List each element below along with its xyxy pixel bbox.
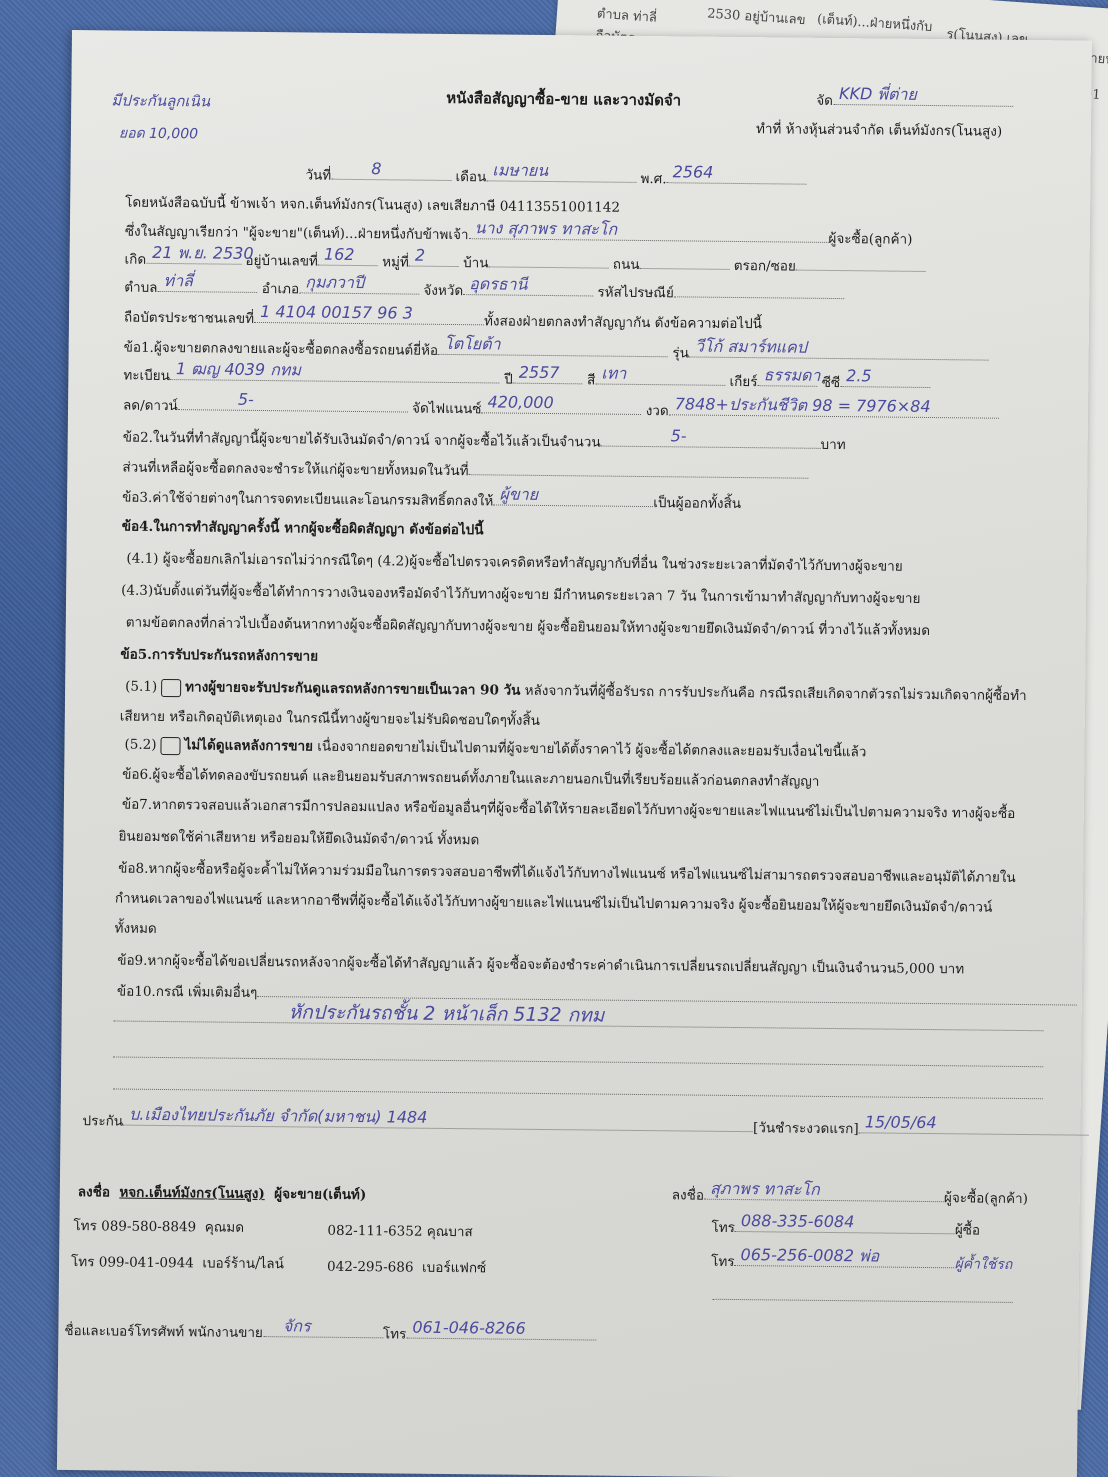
id-row: ถือบัตรประชาชนเลขที่1 4104 00157 96 3ทั้…	[124, 307, 762, 335]
down-label: ลด/ดาวน์	[123, 398, 178, 415]
bg-snippet: ตำบล ท่าลี่	[596, 3, 657, 28]
clause8c: ทั้งหมด	[114, 918, 156, 938]
district-value[interactable]: กุมภวาปี	[305, 272, 364, 293]
buyer-sign-label: ลงชื่อ	[672, 1187, 704, 1203]
cc-value[interactable]: 2.5	[846, 366, 872, 386]
village-label: บ้าน	[463, 255, 489, 271]
bg-snippet: (เต็นท์)...ฝ่ายหนึ่งกับ	[817, 8, 934, 37]
buyer-suffix: ผู้จะซื้อ(ลูกค้า)	[828, 231, 912, 248]
year-label: พ.ศ.	[640, 171, 666, 187]
clause7a: ข้อ7.หากตรวจสอบแล้วเอกสารมีการปลอมแปลง ห…	[122, 795, 1016, 824]
day-label: วันที่	[305, 167, 331, 183]
no-warranty-checkbox[interactable]	[160, 736, 180, 754]
subdistrict-label: ตำบล	[124, 280, 157, 296]
insurance-label: ประกัน	[82, 1113, 123, 1129]
clause4-3b: ตามข้อตกลงที่กล่าวไปเบื้องต้นหากทางผู้จะ…	[126, 613, 930, 641]
birth-value[interactable]: 21 พ.ย. 2530	[152, 243, 254, 264]
phone-note: คุณมด	[205, 1219, 244, 1235]
arranged-by-field: จัดKKD พี่ต่าย	[816, 90, 1013, 113]
buyer-signature[interactable]: สุภาพร ทาสะโก	[710, 1179, 820, 1200]
phone-note: เบอร์แฟกซ์	[422, 1260, 486, 1277]
year-value[interactable]: 2564	[673, 162, 714, 182]
month-label: เดือน	[455, 169, 486, 185]
salesperson-phone-label: โทร	[383, 1326, 407, 1342]
moo-value[interactable]: 2	[415, 246, 425, 266]
buyer-phone[interactable]: 088-335-6084	[741, 1211, 855, 1232]
guarantor-phone-label: โทร	[711, 1254, 735, 1270]
seller-phone-2: 082-111-6352 คุณบาส	[327, 1221, 472, 1243]
seller-sign-row: ลงชื่อ หจก.เต็นท์มังกร(โนนสูง) ผู้จะขาย(…	[78, 1182, 367, 1205]
blank-line	[113, 1088, 1043, 1099]
clause10-label: ข้อ10.กรณี เพิ่มเติมอื่นๆ	[117, 984, 257, 1001]
reg-label: ทะเบียน	[123, 368, 170, 384]
color-value[interactable]: เทา	[601, 364, 626, 384]
clause3-suffix: เป็นผู้ออกทั้งสิ้น	[653, 495, 741, 512]
blank-line	[113, 1056, 1043, 1067]
finance-label: จัดไฟแนนซ์	[412, 401, 482, 418]
made-at: ทำที่ ห้างหุ้นส่วนจำกัด เต็นท์มังกร(โนนส…	[756, 119, 1002, 142]
buyer-role: ผู้จะซื้อ(ลูกค้า)	[944, 1190, 1028, 1207]
buyer-name[interactable]: นาง สุภาพร ทาสะโก	[474, 218, 617, 239]
contract-document: มีประกันลูกเนิน ยอด 10,000 หนังสือสัญญาซ…	[57, 30, 1092, 1477]
seller-clause: ซึ่งในสัญญาเรียกว่า "ผู้จะขาย"(เต็นท์)..…	[125, 224, 469, 244]
clause2-label: ข้อ2.ในวันที่ทำสัญญานี้ผู้จะขายได้รับเงิ…	[123, 430, 601, 451]
down-value[interactable]: 5-	[238, 390, 254, 410]
clause8b: กำหนดเวลาของไฟแนนซ์ และหากอาชีพที่ผู้จะซ…	[115, 888, 993, 917]
margin-note-line2: ยอด 10,000	[119, 122, 198, 145]
phone-number: 082-111-6352	[327, 1223, 422, 1240]
document-title: หนังสือสัญญาซื้อ-ขาย และวางมัดจำ	[446, 88, 681, 110]
clause4-1: (4.1) ผู้จะซื้อยกเลิกไม่เอารถไม่ว่ากรณีใ…	[126, 549, 902, 577]
insurance-row: ประกันบ.เมืองไทยประกันภัย จำกัด(มหาชน) 1…	[82, 1110, 1088, 1142]
guarantor-role: ผู้ค้ำใช้รถ	[954, 1256, 1012, 1273]
alley-label: ตรอก/ซอย	[734, 258, 796, 275]
salesperson-label: ชื่อและเบอร์โทรศัพท์ พนักงานขาย	[64, 1323, 263, 1341]
color-label: สี	[587, 372, 595, 388]
postcode-label: รหัสไปรษณีย์	[597, 285, 674, 302]
subdistrict-value[interactable]: ท่าลี่	[163, 271, 193, 291]
baht-label: บาท	[821, 437, 846, 453]
month-value[interactable]: เมษายน	[492, 160, 548, 181]
vehicle-year-value[interactable]: 2557	[519, 363, 560, 383]
phone-note: เบอร์ร้าน/ไลน์	[202, 1255, 284, 1272]
transfer-payer-value[interactable]: ผู้ขาย	[499, 485, 538, 505]
house-no-label: อยู่บ้านเลขที่	[245, 253, 318, 270]
clause8a: ข้อ8.หากผู้จะซื้อหรือผู้จะค้ำไม่ให้ความร…	[118, 859, 1016, 888]
finance-value[interactable]: 420,000	[487, 392, 553, 413]
model-label: รุ่น	[672, 345, 689, 361]
clause3-row: ข้อ3.ค่าใช้จ่ายต่างๆในการจดทะเบียนและโอน…	[122, 487, 741, 514]
buyer-phone-row: โทร088-335-6084ผู้ซื้อ	[711, 1217, 980, 1241]
clause2-rest-label: ส่วนที่เหลือผู้จะซื้อตกลงจะชำระให้แก่ผู้…	[122, 460, 468, 480]
clause9: ข้อ9.หากผู้จะซื้อได้ขอเปลี่ยนรถหลังจากผู…	[117, 951, 964, 980]
clause5-1: (5.1)ทางผู้ขายจะรับประกันดูแลรถหลังการขา…	[125, 677, 1027, 706]
blank-line	[713, 1299, 1013, 1303]
road-label: ถนน	[613, 257, 640, 273]
deposit-value[interactable]: 5-	[671, 426, 687, 446]
agree-text: ทั้งสองฝ่ายตกลงทำสัญญากัน ดังข้อความต่อไ…	[484, 313, 762, 332]
clause4-title: ข้อ4.ในการทำสัญญาครั้งนี้ หากผู้จะซื้อผิ…	[122, 517, 484, 541]
margin-note-line1: มีประกันลูกเนิน	[111, 88, 210, 113]
date-row: วันที่8 เดือนเมษายน พ.ศ.2564	[305, 164, 806, 190]
arranged-by-value[interactable]: KKD พี่ต่าย	[839, 84, 917, 105]
district-label: อำเภอ	[262, 281, 299, 297]
day-value[interactable]: 8	[371, 159, 381, 179]
moo-label: หมู่ที่	[382, 254, 409, 270]
buyer-phone-label: โทร	[711, 1220, 735, 1236]
clause5-2-rest: เนื่องจากยอดขายไม่เป็นไปตามที่ผู้จะขายได…	[313, 739, 867, 761]
seller-phone-1: โทร 089-580-8849 คุณมด	[73, 1216, 244, 1238]
province-value[interactable]: อุดรธานี	[469, 274, 527, 295]
house-no-value[interactable]: 162	[324, 245, 355, 265]
warranty-90-days-checkbox[interactable]	[161, 678, 181, 696]
gear-label: เกียร์	[729, 374, 757, 390]
phone-prefix: โทร	[71, 1254, 95, 1270]
guarantor-phone-row: โทร065-256-0082 พ่อผู้ค้ำใช้รถ	[711, 1251, 1012, 1275]
clause5-2-bold: ไม่ได้ดูแลหลังการขาย	[184, 737, 313, 754]
clause5-title: ข้อ5.การรับประกันรถหลังการขาย	[120, 645, 318, 667]
clause6: ข้อ6.ผู้จะซื้อได้ทดลองขับรถยนต์ และยินยอ…	[122, 765, 819, 792]
clause10-value[interactable]: หักประกันรถชั้น 2 หน้าเล็ก 5132 กทม	[289, 1002, 605, 1025]
guarantor-phone[interactable]: 065-256-0082 พ่อ	[741, 1245, 880, 1266]
arranged-by-label: จัด	[816, 93, 833, 109]
seller-phone-3: โทร 099-041-0944 เบอร์ร้าน/ไลน์	[71, 1252, 284, 1274]
vehicle-year-label: ปี	[504, 372, 513, 388]
salesperson-phone[interactable]: 061-046-8266	[412, 1318, 526, 1339]
installment-value[interactable]: 7848+ประกันชีวิต 98 = 7976×84	[675, 394, 931, 417]
province-label: จังหวัด	[423, 283, 463, 299]
phone-note: คุณบาส	[427, 1224, 473, 1240]
phone-number: 042-295-686	[327, 1259, 414, 1276]
birth-label: เกิด	[125, 252, 147, 268]
buyer-sign-row: ลงชื่อสุภาพร ทาสะโกผู้จะซื้อ(ลูกค้า)	[672, 1184, 1028, 1209]
seller-phone-4: 042-295-686 เบอร์แฟกซ์	[327, 1257, 486, 1279]
intro-text: โดยหนังสือฉบับนี้ ข้าพเจ้า หจก.เต็นท์มัง…	[125, 193, 620, 218]
salesperson-row: ชื่อและเบอร์โทรศัพท์ พนักงานขายจักรโทร06…	[64, 1320, 596, 1347]
clause10-value-row: หักประกันรถชั้น 2 หน้าเล็ก 5132 กทม	[114, 1006, 1044, 1037]
district-row: ตำบลท่าลี่ อำเภอกุมภวาปี จังหวัดอุดรธานี…	[124, 277, 844, 306]
clause2-row: ข้อ2.ในวันที่ทำสัญญานี้ผู้จะขายได้รับเงิ…	[123, 427, 846, 456]
id-value[interactable]: 1 4104 00157 96 3	[260, 302, 413, 324]
address-row: เกิด21 พ.ย. 2530 อยู่บ้านเลขที่162 หมู่ท…	[124, 249, 925, 278]
seller-sign-label: ลงชื่อ	[78, 1184, 110, 1200]
phone-number: 099-041-0944	[99, 1254, 194, 1271]
seller-name: หจก.เต็นท์มังกร(โนนสูง)	[119, 1185, 265, 1203]
clause3-label: ข้อ3.ค่าใช้จ่ายต่างๆในการจดทะเบียนและโอน…	[122, 490, 493, 510]
clause1-label: ข้อ1.ผู้จะขายตกลงขายและผู้จะซื้อตกลงซื้อ…	[124, 340, 439, 359]
bg-snippet: 2530 อยู่บ้านเลข	[707, 2, 807, 30]
clause2-rest-row: ส่วนที่เหลือผู้จะซื้อตกลงจะชำระให้แก่ผู้…	[122, 457, 808, 485]
buyer-phone-role: ผู้ซื้อ	[955, 1222, 980, 1238]
vehicle-finance-row: ลด/ดาวน์5- จัดไฟแนนซ์420,000 งวด7848+ประ…	[123, 395, 999, 425]
installment-label: งวด	[646, 403, 669, 419]
clause5-1-rest: หลังจากวันที่ผู้ซื้อรับรถ การรับประกันคื…	[520, 683, 1026, 704]
insurance-value[interactable]: บ.เมืองไทยประกันภัย จำกัด(มหาชน) 1484	[129, 1105, 427, 1128]
clause5-1-line2: เสียหาย หรือเกิดอุบัติเหตุเอง ในกรณีนี้ท…	[120, 707, 540, 731]
clause7b: ยินยอมชดใช้ค่าเสียหาย หรือยอมให้ยึดเงินม…	[118, 827, 479, 851]
clause5-2: (5.2)ไม่ได้ดูแลหลังการขาย เนื่องจากยอดขา…	[124, 735, 866, 763]
phone-prefix: โทร	[73, 1218, 97, 1234]
model-value[interactable]: วีโก้ สมาร์ทแคป	[695, 337, 807, 358]
id-label: ถือบัตรประชาชนเลขที่	[124, 310, 254, 327]
seller-role: ผู้จะขาย(เต็นท์)	[274, 1186, 366, 1203]
gear-value[interactable]: ธรรมดา	[763, 365, 820, 386]
phone-number: 089-580-8849	[101, 1218, 196, 1235]
clause5-1-number: (5.1)	[125, 679, 157, 695]
clause5-1-bold: ทางผู้ขายจะรับประกันดูแลรถหลังการขายเป็น…	[185, 679, 520, 699]
salesperson-name[interactable]: จักร	[283, 1316, 311, 1336]
clause4-3a: (4.3)นับตั้งแต่วันที่ผู้จะซื้อได้ทำการวา…	[121, 581, 921, 609]
brand-value[interactable]: โตโยต้า	[444, 334, 501, 355]
cc-label: ซีซี	[822, 375, 840, 391]
first-payment-label: [วันชำระงวดแรก]	[753, 1120, 859, 1137]
first-payment-value[interactable]: 15/05/64	[865, 1112, 937, 1133]
clause5-2-number: (5.2)	[124, 737, 156, 753]
reg-value[interactable]: 1 ฒญ 4039 กทม	[176, 359, 301, 380]
